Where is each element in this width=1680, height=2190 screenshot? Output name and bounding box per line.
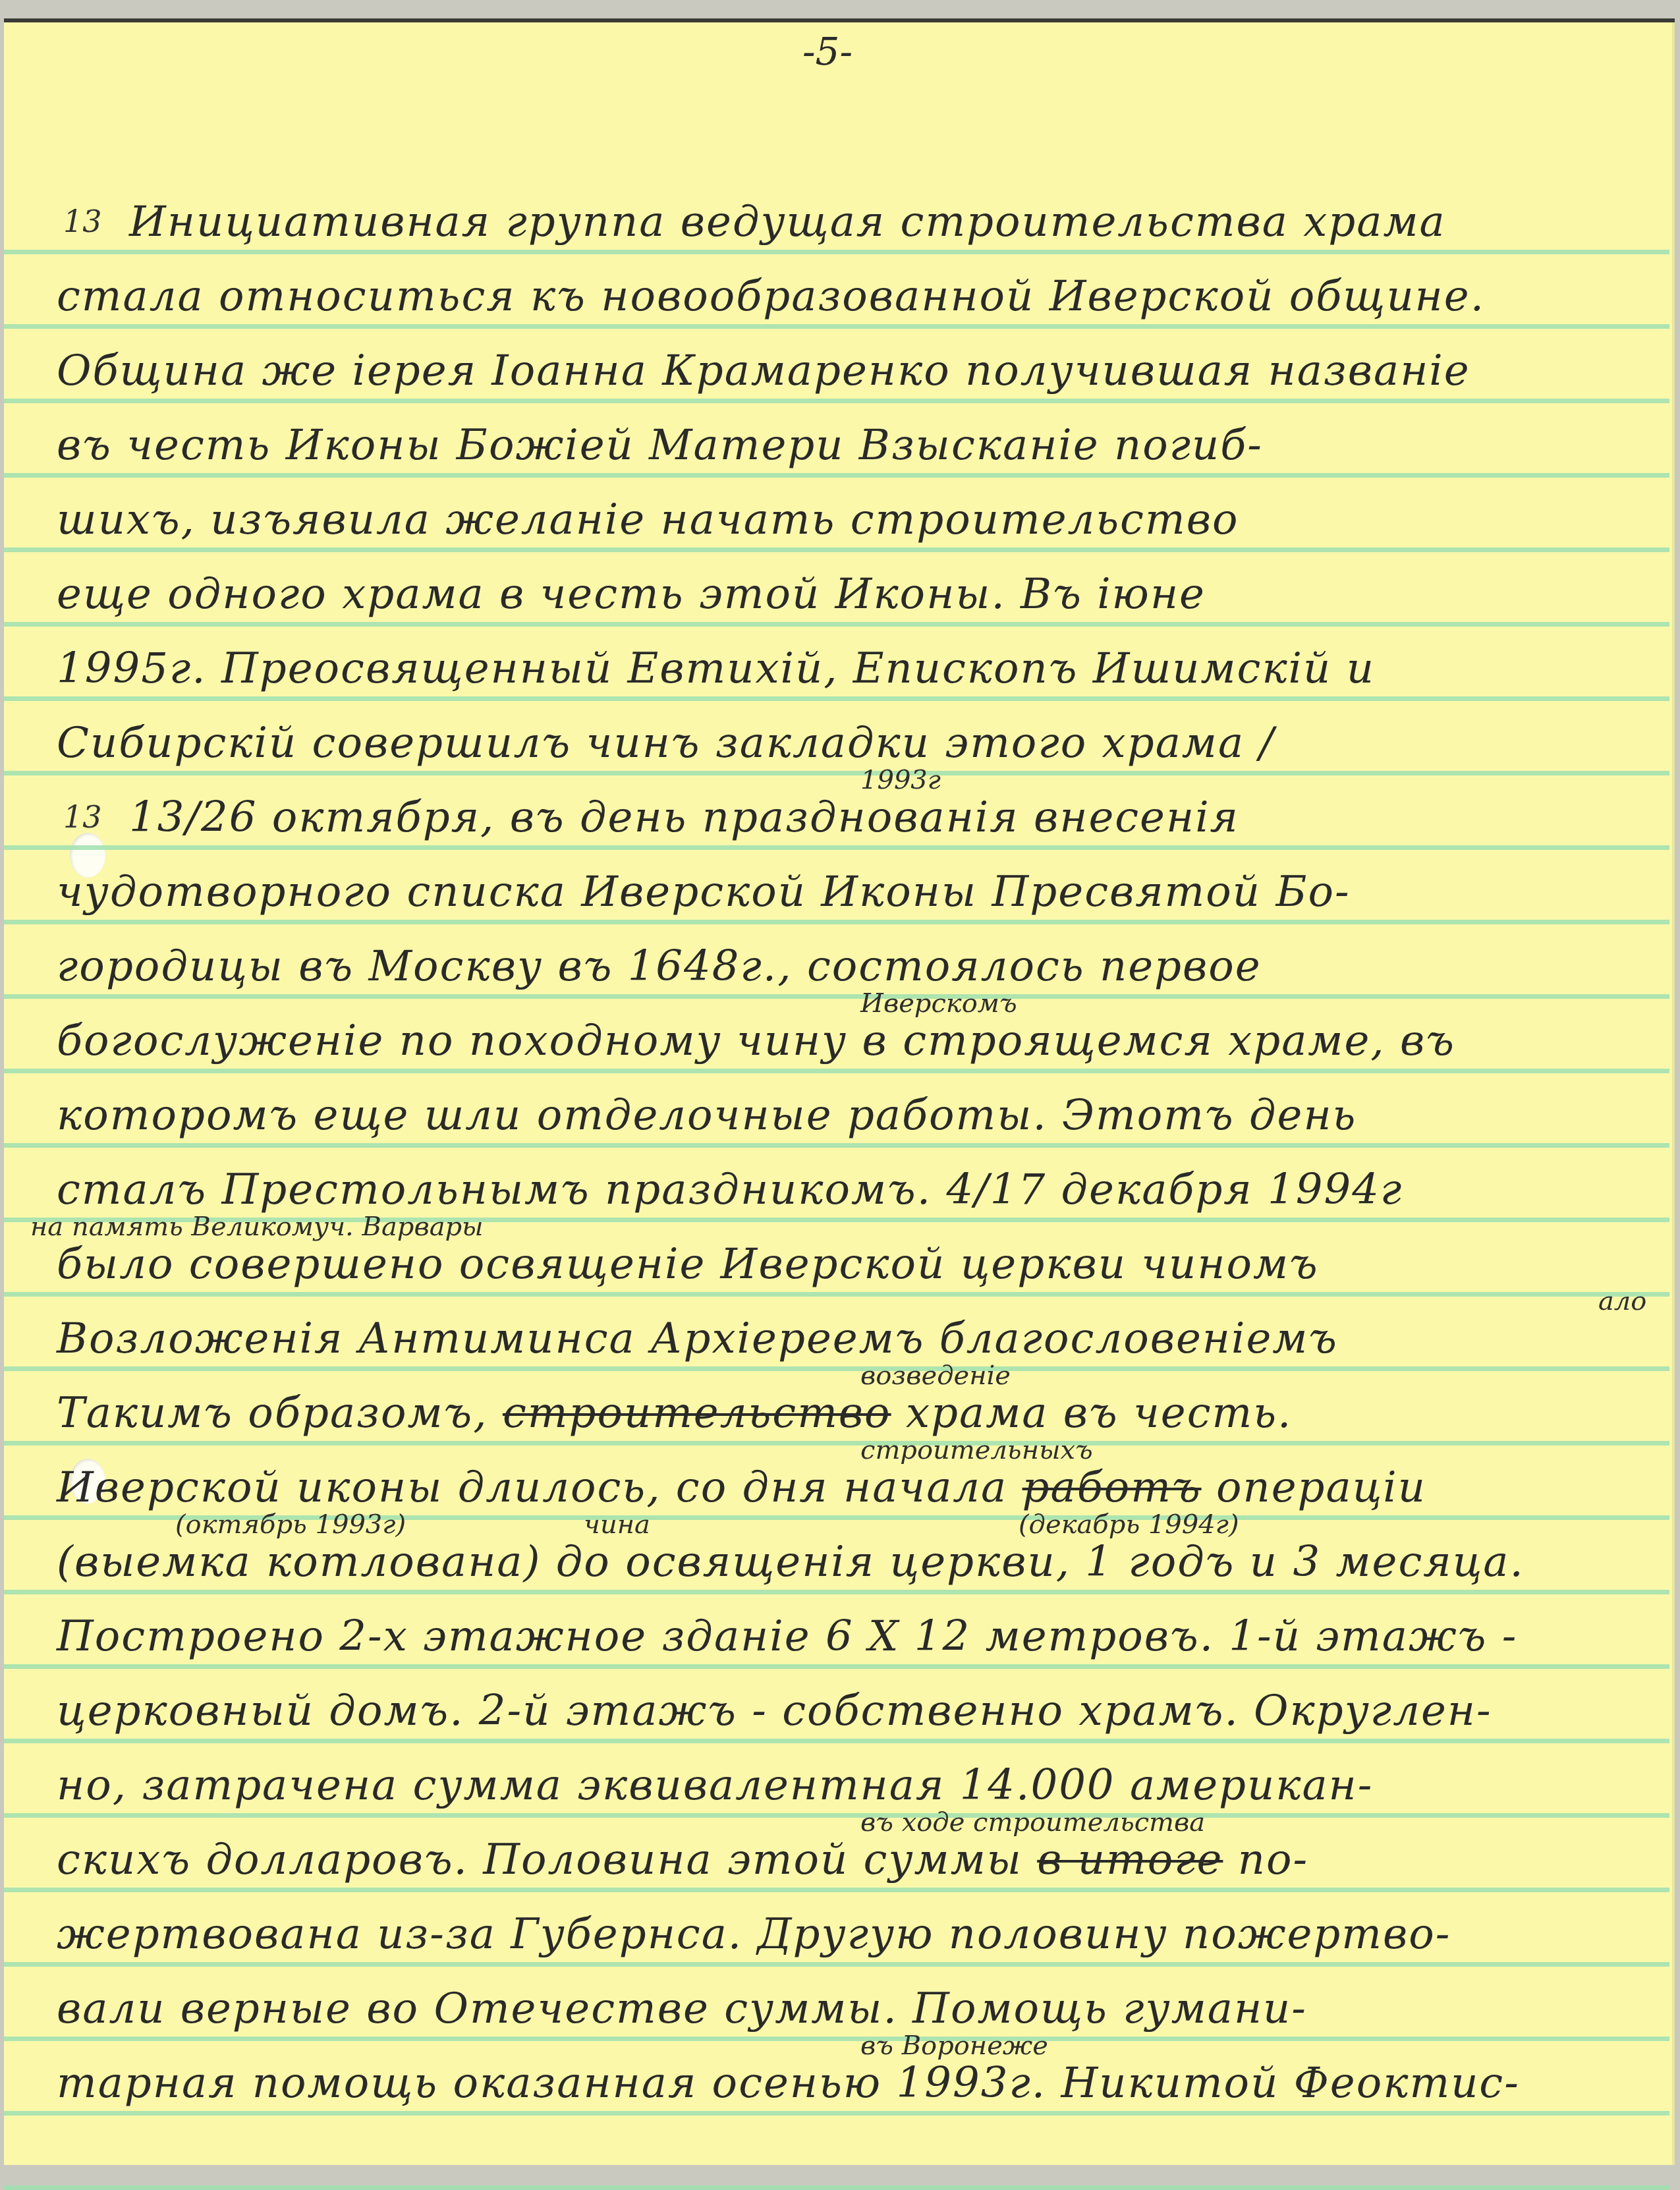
- handwritten-line: Иверской иконы длилось, со дня начала ра…: [57, 1467, 1648, 1509]
- ruled-line: [4, 1366, 1669, 1371]
- handwritten-line: тарная помощь оказанная осенью 1993г. Ни…: [57, 2062, 1648, 2104]
- ruled-line: [4, 547, 1669, 552]
- ruled-line: [4, 1441, 1669, 1446]
- handwritten-line: Инициативная группа ведущая строительств…: [129, 201, 1648, 243]
- ruled-line: [4, 1664, 1669, 1669]
- handwritten-line: чудотворного списка Иверской Иконы Пресв…: [57, 871, 1648, 913]
- ruled-line: [4, 845, 1669, 850]
- interlinear-insertion: въ ходе строительства: [860, 1807, 1205, 1838]
- ruled-line: [4, 1888, 1669, 1892]
- ruled-line: [4, 2111, 1669, 2116]
- ruled-line: [4, 1590, 1669, 1594]
- ruled-line: [4, 324, 1669, 329]
- handwritten-line: Возложенiя Антиминса Архiереемъ благосло…: [57, 1318, 1648, 1360]
- handwritten-line: въ честь Иконы Божiей Матери Взысканiе п…: [57, 424, 1648, 466]
- handwritten-line: еще одного храма в честь этой Иконы. Въ …: [57, 573, 1648, 615]
- ruled-line: [4, 994, 1669, 999]
- struck-out-text: строительство: [503, 1389, 891, 1438]
- interlinear-insertion: возведенiе: [860, 1361, 1011, 1391]
- interlinear-insertion: на память Великомуч. Варвары: [30, 1212, 484, 1242]
- ruled-line: [4, 1069, 1669, 1073]
- handwritten-line: вали верные во Отечестве суммы. Помощь г…: [57, 1988, 1648, 2030]
- handwritten-line: богослуженiе по походному чину в строяще…: [57, 1020, 1648, 1062]
- handwritten-line: жертвована из-за Губернса. Другую полови…: [57, 1913, 1648, 1955]
- handwritten-line: (выемка котлована) до освященiя церкви, …: [57, 1541, 1648, 1583]
- interlinear-insertion: (декабрь 1994г): [1019, 1509, 1239, 1540]
- interlinear-insertion: 1993г: [860, 765, 941, 795]
- handwritten-line: Сибирскiй совершилъ чинъ закладки этого …: [57, 722, 1648, 764]
- ruled-line: [4, 1962, 1669, 1967]
- ruled-line: [4, 473, 1669, 478]
- interlinear-insertion: Иверскомъ: [860, 988, 1017, 1019]
- margin-annotation: 13: [63, 204, 102, 239]
- handwritten-line: 1995г. Преосвященный Евтихiй, Епископъ И…: [57, 648, 1648, 690]
- interlinear-insertion: (октябрь 1993г): [175, 1509, 406, 1540]
- handwritten-line: сталъ Престольнымъ праздникомъ. 4/17 дек…: [57, 1169, 1648, 1211]
- interlinear-insertion: чина: [584, 1509, 650, 1540]
- handwritten-line: Община же iерея Iоанна Крамаренко получи…: [57, 350, 1648, 392]
- struck-out-text: в итоге: [1037, 1836, 1223, 1884]
- ruled-line: [4, 1813, 1669, 1818]
- ruled-line: [4, 399, 1669, 403]
- handwritten-line: городицы въ Москву въ 1648г., состоялось…: [57, 945, 1648, 988]
- interlinear-insertion: въ Воронеже: [860, 2031, 1048, 2061]
- ruled-line: [4, 771, 1669, 775]
- handwritten-line: Построено 2-х этажное зданiе 6 Х 12 метр…: [57, 1615, 1648, 1658]
- handwritten-line: скихъ долларовъ. Половина этой суммы в и…: [57, 1839, 1648, 1881]
- ruled-line: [4, 1292, 1669, 1297]
- struck-out-text: работъ: [1022, 1463, 1202, 1512]
- interlinear-insertion: строительныхъ: [860, 1435, 1093, 1465]
- handwritten-line: стала относиться къ новообразованной Иве…: [57, 275, 1648, 318]
- handwritten-line: которомъ еще шли отделочные работы. Этот…: [57, 1094, 1648, 1137]
- handwritten-line: шихъ, изъявила желанiе начать строительс…: [57, 499, 1648, 541]
- handwritten-line: но, затрачена сумма эквивалентная 14.000…: [57, 1764, 1648, 1807]
- ruled-line: [4, 920, 1669, 924]
- ruled-line: [4, 1739, 1669, 1743]
- handwritten-line: 13/26 октября, въ день празднованiя внес…: [129, 797, 1648, 839]
- ruled-line: [4, 2036, 1669, 2041]
- notepad-page: -5- Инициативная группа ведущая строител…: [4, 18, 1675, 2161]
- ruled-line: [4, 622, 1669, 627]
- ruled-line: [4, 250, 1669, 254]
- margin-annotation: 13: [63, 799, 102, 835]
- interlinear-insertion: ало: [1598, 1286, 1646, 1316]
- handwritten-line: было совершено освященiе Иверской церкви…: [57, 1243, 1648, 1285]
- ruled-line: [4, 1143, 1669, 1148]
- handwritten-line: Такимъ образомъ, строительство храма въ …: [57, 1392, 1648, 1434]
- handwritten-body: Инициативная группа ведущая строительств…: [4, 22, 1675, 2161]
- handwritten-line: церковный домъ. 2-й этажъ - собственно х…: [57, 1690, 1648, 1732]
- ruled-line: [4, 696, 1669, 701]
